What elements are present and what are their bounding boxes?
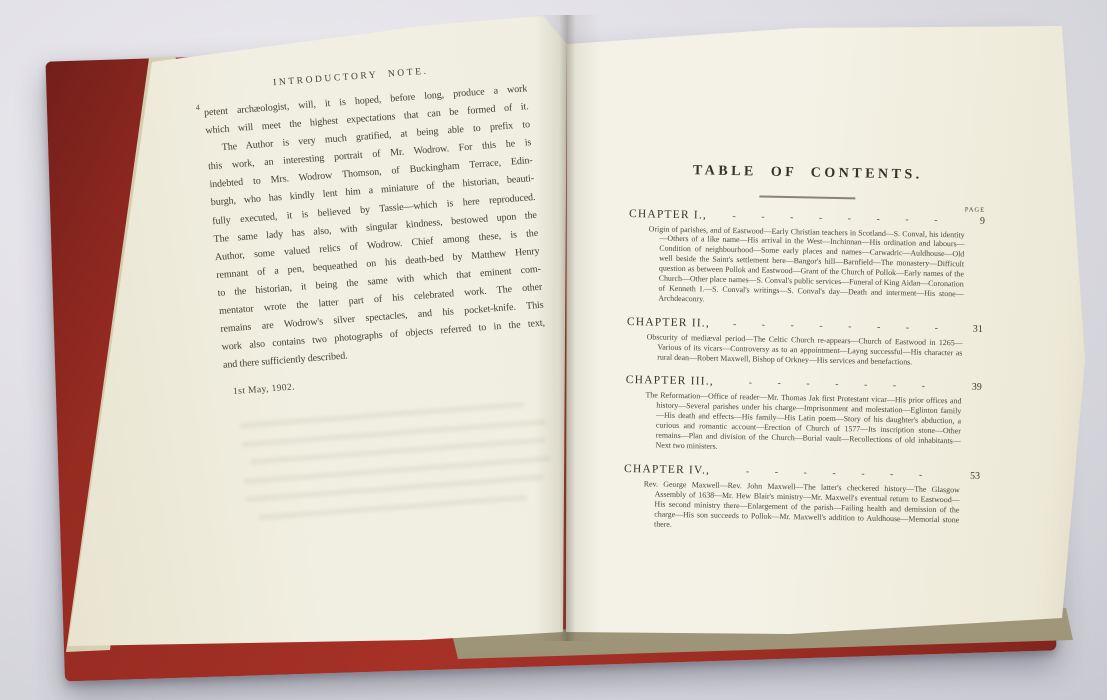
dot-leader: - - - - - - - <box>714 377 960 393</box>
chapter-summary: The Reformation—Office of reader—Mr. Tho… <box>644 391 961 456</box>
toc-entry-heading-row: CHAPTER I., - - - - - - - - 9 PAGE <box>629 207 985 226</box>
chapter-page-number: 39 <box>960 382 982 393</box>
dot-leader: - - - - - - - - <box>707 210 963 226</box>
chapter-page-number: 9 <box>963 215 985 226</box>
chapter-summary: Origin of parishes, and of Eastwood—Earl… <box>647 224 964 309</box>
left-page-content: 4 INTRODUCTORY NOTE. petent archæologist… <box>170 59 564 525</box>
page-column-label: PAGE <box>965 206 986 213</box>
toc-entry-heading-row: CHAPTER IV., - - - - - - - 53 <box>624 463 980 482</box>
dot-leader: - - - - - - - <box>710 466 958 482</box>
chapter-heading: CHAPTER IV., <box>624 463 710 477</box>
title-rule <box>759 195 855 198</box>
right-page-content: TABLE OF CONTENTS. CHAPTER I., - - - - -… <box>623 162 986 535</box>
chapter-summary: Rev. George Maxwell—Rev. John Maxwell—Th… <box>643 479 960 535</box>
chapter-heading: CHAPTER II., <box>627 316 710 330</box>
toc-entry-heading-row: CHAPTER III., - - - - - - - 39 <box>626 374 982 393</box>
toc-entry-chapter-2: CHAPTER II., - - - - - - - - 31 Obscurit… <box>626 316 983 369</box>
folio-number: 4 <box>195 103 200 112</box>
book-photo-scene: 4 INTRODUCTORY NOTE. petent archæologist… <box>0 0 1107 700</box>
toc-entry-chapter-3: CHAPTER III., - - - - - - - 39 The Refor… <box>624 374 981 456</box>
chapter-heading: CHAPTER I., <box>629 207 707 220</box>
dot-leader: - - - - - - - - <box>710 318 961 334</box>
chapter-heading: CHAPTER III., <box>626 374 714 388</box>
toc-entry-chapter-1: CHAPTER I., - - - - - - - - 9 PAGE Origi… <box>627 207 985 309</box>
chapter-page-number: 53 <box>958 470 980 481</box>
toc-entry-chapter-4: CHAPTER IV., - - - - - - - 53 Rev. Georg… <box>623 463 980 535</box>
chapter-page-number: 31 <box>961 323 983 334</box>
chapter-summary: Obscurity of mediæval period—The Celtic … <box>646 332 963 368</box>
toc-entry-heading-row: CHAPTER II., - - - - - - - - 31 <box>627 316 983 335</box>
introductory-note-text: petent archæologist, will, it is hoped, … <box>203 80 546 375</box>
